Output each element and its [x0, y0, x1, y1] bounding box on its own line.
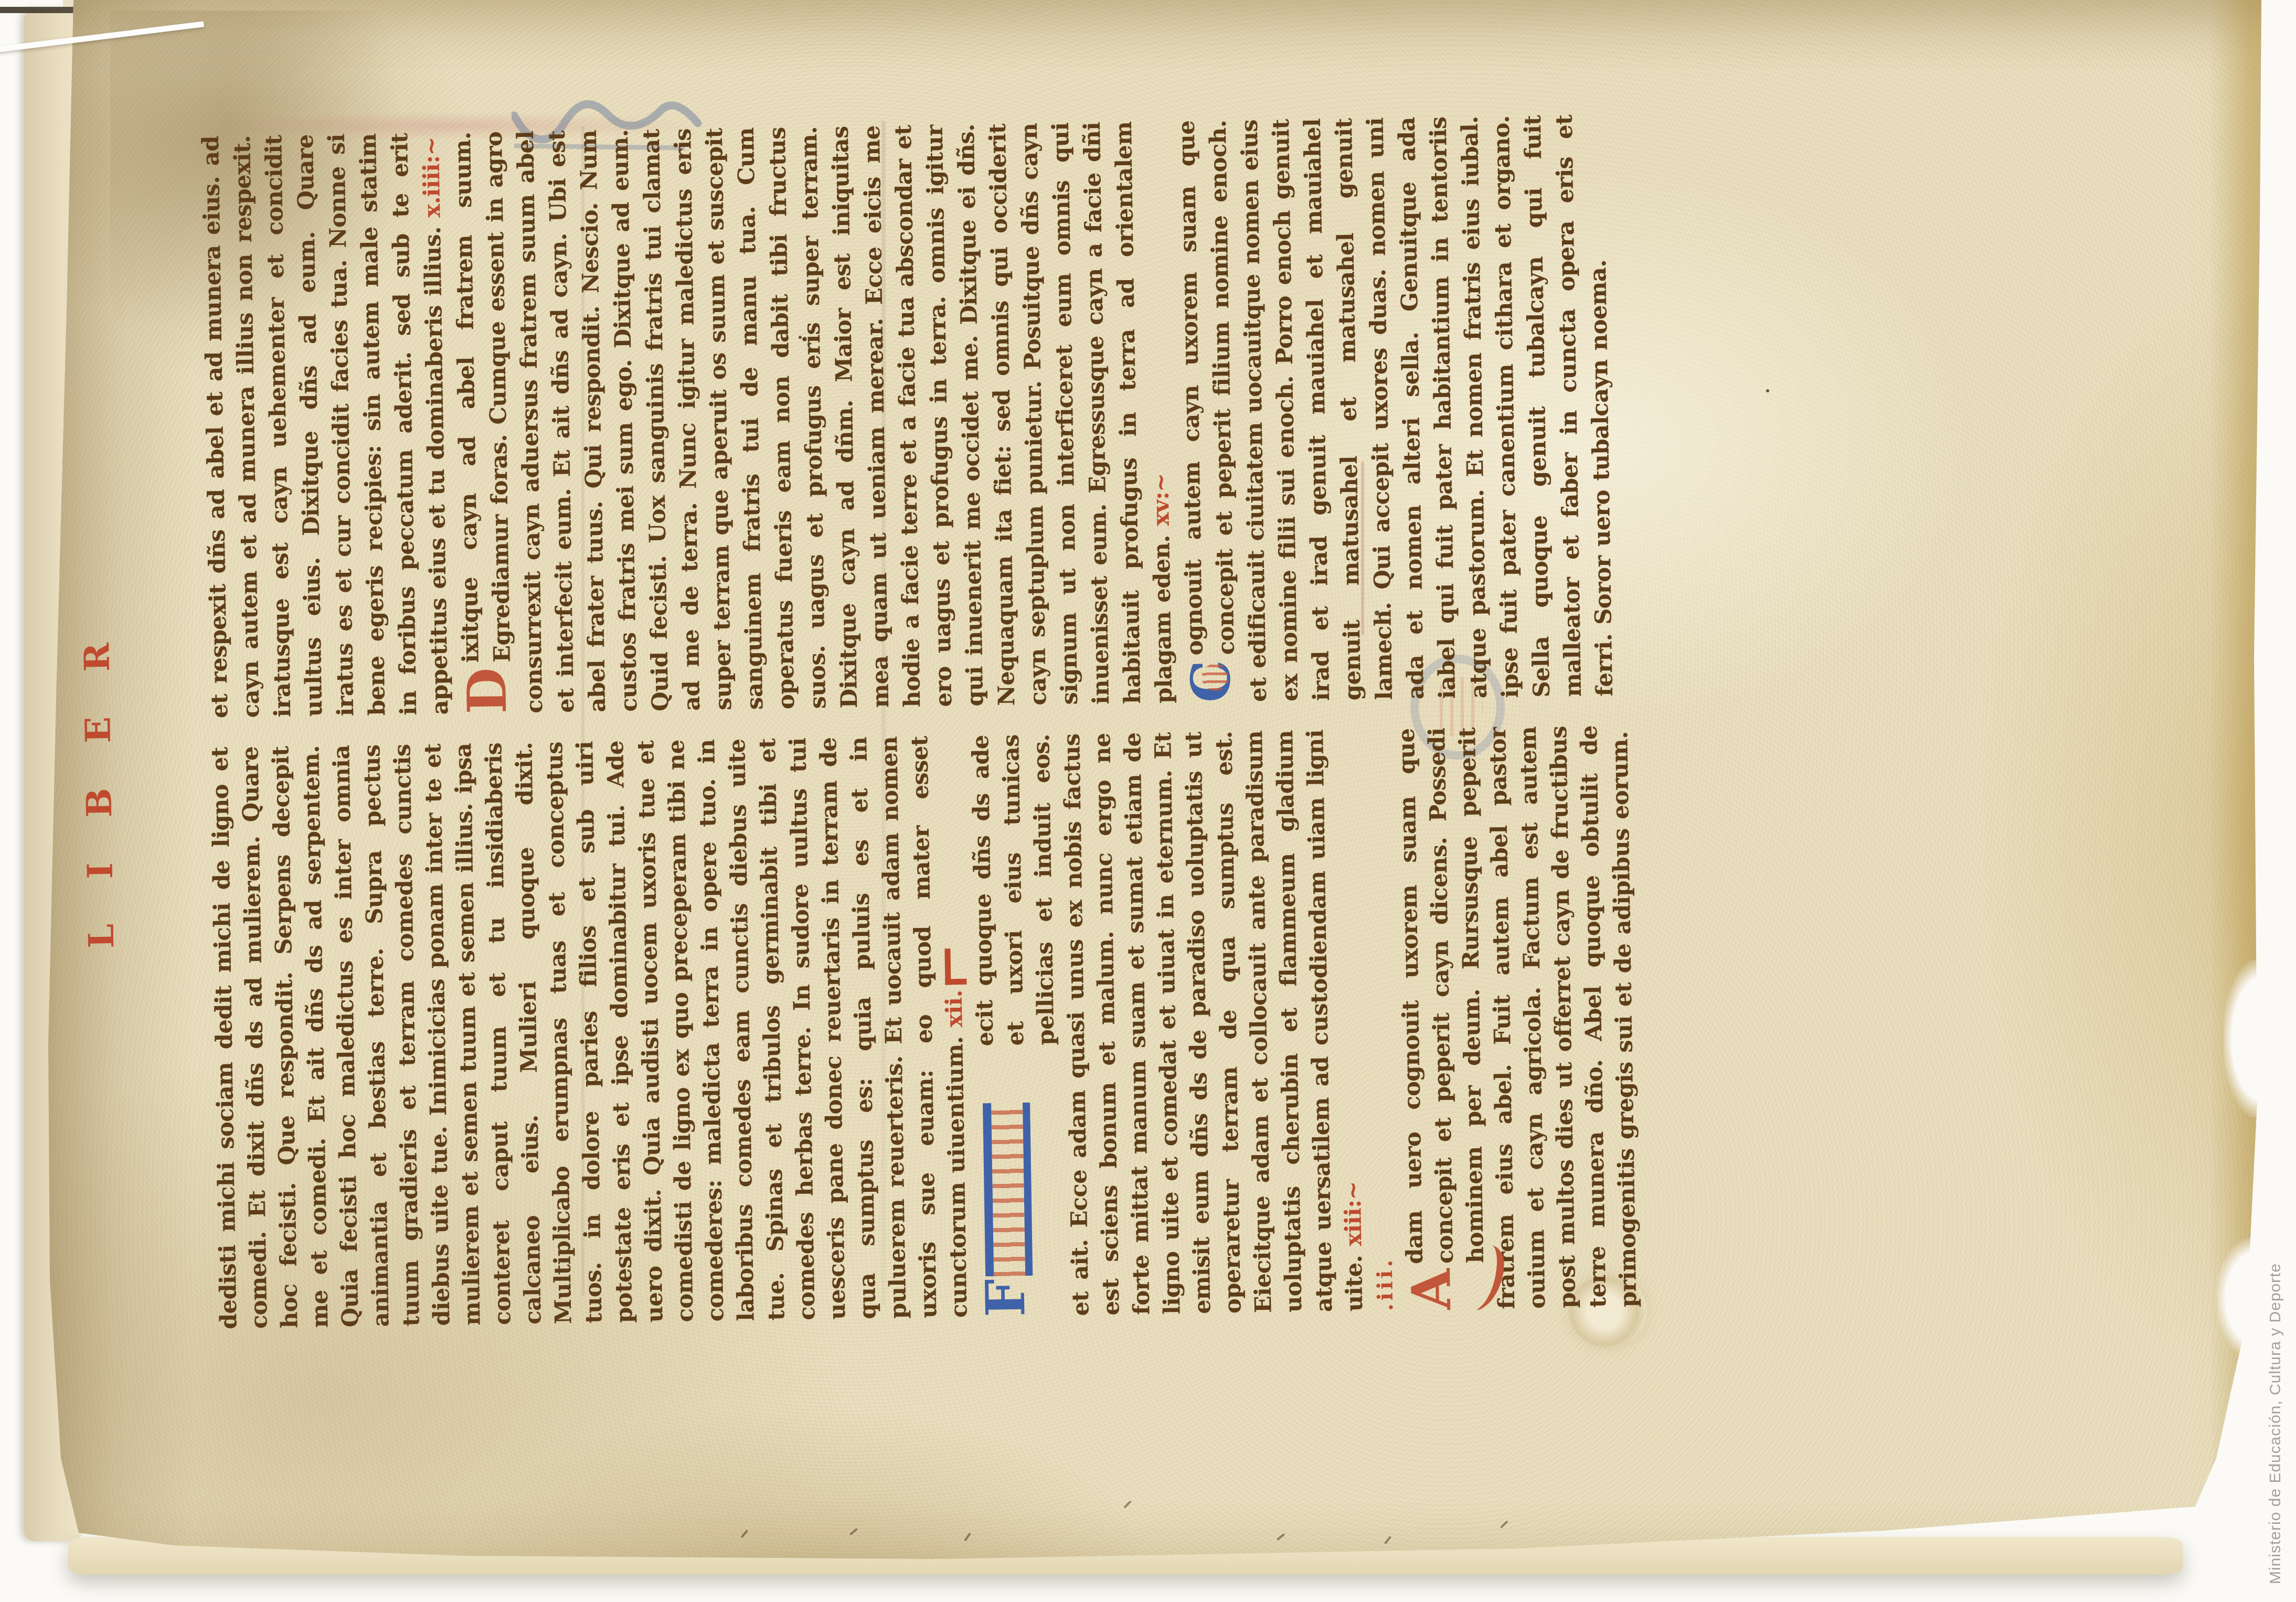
parchment-folio: LIBER dedisti michi sociam dedit michi d…: [0, 0, 2296, 1586]
chapter-rubric-xiiii: x.iiii:~: [418, 136, 445, 218]
illuminated-initial-c: C: [1182, 660, 1242, 703]
illuminated-initial-f: F: [973, 1052, 1039, 1318]
column-1: dedisti michi sociam dedit michi de lign…: [205, 722, 1830, 1329]
quire-mark: .iii.: [1373, 1256, 1398, 1311]
chapter-rubric-xii: xii.: [941, 990, 968, 1028]
illuminated-initial-a: A: [1402, 1268, 1462, 1310]
chapter-rubric-xiii: xiii:~: [1340, 1181, 1367, 1246]
body-text-genesis4: et respexit dñs ad abel et ad munera eiu…: [195, 132, 456, 718]
rubric-flourish: [944, 948, 966, 985]
body-text-genesis3: dedisti michi sociam dedit michi de lign…: [205, 735, 974, 1330]
chapter-dixit: Dixitque cayn ad abel fratrem suum. Egre…: [447, 121, 1180, 714]
text-block-tilt: LIBER dedisti michi sociam dedit michi d…: [0, 0, 2296, 1586]
chapter-fecit: Fecit quoque dñs ds ade et uxori eius tu…: [965, 729, 1370, 1318]
running-title: LIBER: [76, 602, 133, 948]
manuscript-scan: LIBER dedisti michi sociam dedit michi d…: [0, 0, 2296, 1586]
rotated-text-block: LIBER dedisti michi sociam dedit michi d…: [195, 110, 1856, 1329]
chapter-rubric-xv: xv:~: [1147, 473, 1175, 526]
initial-ornament-bar: [983, 1103, 1033, 1276]
chapter-cognouit: Cognouit autem cayn uxorem suam que conc…: [1171, 114, 1621, 703]
edge-damage-nick: [2224, 960, 2287, 1117]
text-columns: dedisti michi sociam dedit michi de lign…: [195, 110, 1856, 1329]
illuminated-initial-d: D: [458, 667, 518, 714]
chapter-adam: Adam uero cognouit uxorem suam que conce…: [1391, 725, 1644, 1311]
column-2: et respexit dñs ad abel et ad munera eiu…: [195, 110, 1846, 718]
digitization-watermark: Ministerio de Educación, Cultura y Depor…: [2267, 1359, 2293, 1584]
